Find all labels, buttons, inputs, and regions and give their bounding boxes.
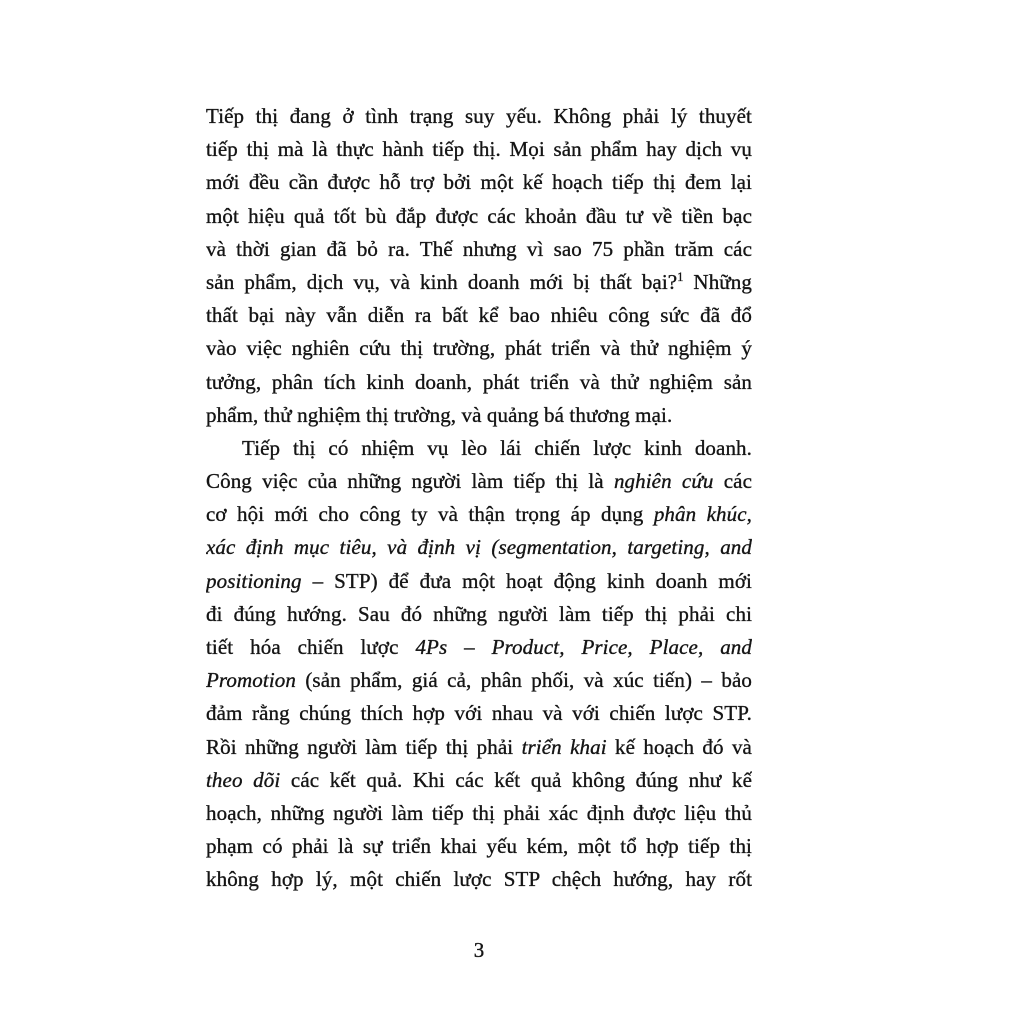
text-segment: Những [683,270,752,294]
text-line: Promotion (sản phẩm, giá cả, phân phối, … [206,664,752,697]
text-segment: không hợp lý, một chiến lược STP chệch h… [206,867,752,891]
text-line: phạm có phải là sự triển khai yếu kém, m… [206,830,752,863]
text-segment: các [714,469,753,493]
text-segment: – STP) để đưa một hoạt động kinh doanh m… [302,569,752,593]
text-segment: vào việc nghiên cứu thị trường, phát tri… [206,336,752,360]
text-line: Tiếp thị có nhiệm vụ lèo lái chiến lược … [206,432,752,465]
text-line: vào việc nghiên cứu thị trường, phát tri… [206,332,752,365]
text-segment: hoạch, những người làm tiếp thị phải xác… [206,801,752,825]
page-text-block: Tiếp thị đang ở tình trạng suy yếu. Khôn… [206,100,752,897]
text-segment: Tiếp thị đang ở tình trạng suy yếu. Khôn… [206,104,752,128]
page-number: 3 [206,938,752,963]
text-segment: một hiệu quả tốt bù đắp được các khoản đ… [206,204,752,228]
text-segment: mới đều cần được hỗ trợ bởi một kế hoạch… [206,170,752,194]
text-segment: (sản phẩm, giá cả, phân phối, và xúc tiế… [296,668,752,692]
text-line: xác định mục tiêu, và định vị (segmentat… [206,531,752,564]
italic-text-segment: triển khai [522,735,607,759]
text-line: tiếp thị mà là thực hành tiếp thị. Mọi s… [206,133,752,166]
italic-text-segment: xác định mục tiêu, và định vị (segmentat… [206,535,752,559]
text-line: positioning – STP) để đưa một hoạt động … [206,565,752,598]
italic-text-segment: theo dõi [206,768,280,792]
text-line: Rồi những người làm tiếp thị phải triển … [206,731,752,764]
text-line: đảm rằng chúng thích hợp với nhau và với… [206,697,752,730]
text-segment: Công việc của những người làm tiếp thị l… [206,469,614,493]
text-segment: thất bại này vẫn diễn ra bất kể bao nhiê… [206,303,752,327]
text-segment: phẩm, thử nghiệm thị trường, và quảng bá… [206,403,672,427]
text-line: đi đúng hướng. Sau đó những người làm ti… [206,598,752,631]
text-segment: tưởng, phân tích kinh doanh, phát triển … [206,370,752,394]
text-segment: tiết hóa chiến lược [206,635,415,659]
text-line: thất bại này vẫn diễn ra bất kể bao nhiê… [206,299,752,332]
book-page: Tiếp thị đang ở tình trạng suy yếu. Khôn… [0,0,1024,1024]
text-line: Công việc của những người làm tiếp thị l… [206,465,752,498]
text-line: tiết hóa chiến lược 4Ps – Product, Price… [206,631,752,664]
italic-text-segment: Promotion [206,668,296,692]
text-line: tưởng, phân tích kinh doanh, phát triển … [206,366,752,399]
italic-text-segment: nghiên cứu [614,469,714,493]
text-segment: tiếp thị mà là thực hành tiếp thị. Mọi s… [206,137,752,161]
text-line: mới đều cần được hỗ trợ bởi một kế hoạch… [206,166,752,199]
text-line: sản phẩm, dịch vụ, và kinh doanh mới bị … [206,266,752,299]
text-line: phẩm, thử nghiệm thị trường, và quảng bá… [206,399,752,432]
text-line: hoạch, những người làm tiếp thị phải xác… [206,797,752,830]
text-segment: các kết quả. Khi các kết quả không đúng … [280,768,752,792]
text-line: và thời gian đã bỏ ra. Thế nhưng vì sao … [206,233,752,266]
text-segment: cơ hội mới cho công ty và thận trọng áp … [206,502,654,526]
text-line: không hợp lý, một chiến lược STP chệch h… [206,863,752,896]
text-segment: Tiếp thị có nhiệm vụ lèo lái chiến lược … [242,436,752,460]
text-segment: phạm có phải là sự triển khai yếu kém, m… [206,834,752,858]
text-line: Tiếp thị đang ở tình trạng suy yếu. Khôn… [206,100,752,133]
text-segment: kế hoạch đó và [607,735,752,759]
text-segment: và thời gian đã bỏ ra. Thế nhưng vì sao … [206,237,752,261]
italic-text-segment: phân khúc, [654,502,752,526]
text-segment: đi đúng hướng. Sau đó những người làm ti… [206,602,752,626]
text-segment: đảm rằng chúng thích hợp với nhau và với… [206,701,752,725]
italic-text-segment: 4Ps – Product, Price, Place, and [415,635,752,659]
text-line: một hiệu quả tốt bù đắp được các khoản đ… [206,200,752,233]
italic-text-segment: positioning [206,569,302,593]
text-segment: sản phẩm, dịch vụ, và kinh doanh mới bị … [206,270,677,294]
text-line: cơ hội mới cho công ty và thận trọng áp … [206,498,752,531]
text-segment: Rồi những người làm tiếp thị phải [206,735,522,759]
text-line: theo dõi các kết quả. Khi các kết quả kh… [206,764,752,797]
